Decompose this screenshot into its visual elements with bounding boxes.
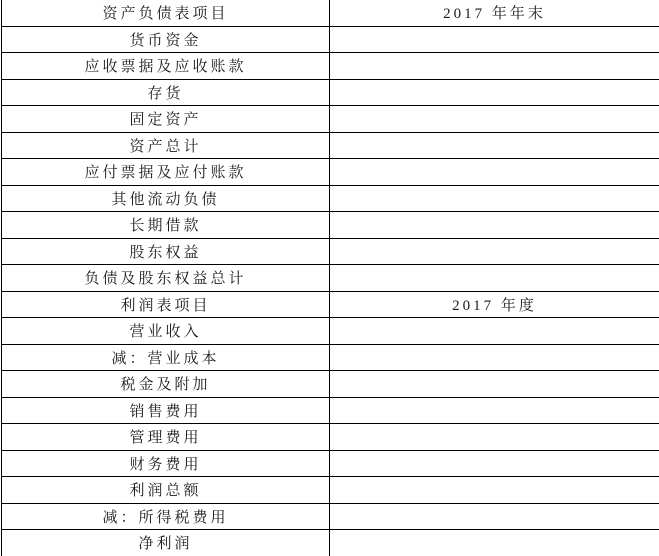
- table-row: 税金及附加: [2, 371, 659, 398]
- table-row: 减：营业成本: [2, 344, 659, 371]
- item-label-cell: 利润总额: [2, 477, 330, 504]
- item-label-cell: 财务费用: [2, 450, 330, 477]
- item-label-cell: 应收票据及应收账款: [2, 53, 330, 80]
- section-header-row-income-statement: 利润表项目 2017 年度: [2, 291, 659, 318]
- period-header-cell: 2017 年年末: [330, 0, 659, 26]
- item-label-cell: 净利润: [2, 530, 330, 556]
- table-row: 利润总额: [2, 477, 659, 504]
- table-row: 固定资产: [2, 106, 659, 133]
- item-label-cell: 税金及附加: [2, 371, 330, 398]
- table-row: 应收票据及应收账款: [2, 53, 659, 80]
- table-row: 股东权益: [2, 238, 659, 265]
- item-label-cell: 资产负债表项目: [2, 0, 330, 26]
- item-value-cell: [330, 265, 659, 292]
- table-row: 营业收入: [2, 318, 659, 345]
- period-header-cell: 2017 年度: [330, 291, 659, 318]
- item-label-cell: 营业收入: [2, 318, 330, 345]
- table-row: 应付票据及应付账款: [2, 159, 659, 186]
- table-row: 财务费用: [2, 450, 659, 477]
- table-row: 资产总计: [2, 132, 659, 159]
- item-value-cell: [330, 212, 659, 239]
- table-row: 管理费用: [2, 424, 659, 451]
- item-label-cell: 长期借款: [2, 212, 330, 239]
- section-header-row-balance-sheet: 资产负债表项目 2017 年年末: [2, 0, 659, 26]
- item-value-cell: [330, 106, 659, 133]
- table-row: 货币资金: [2, 26, 659, 53]
- table-row: 存货: [2, 79, 659, 106]
- item-value-cell: [330, 450, 659, 477]
- item-value-cell: [330, 26, 659, 53]
- item-value-cell: [330, 318, 659, 345]
- item-label-cell: 货币资金: [2, 26, 330, 53]
- item-value-cell: [330, 185, 659, 212]
- financial-statement-table: 资产负债表项目 2017 年年末 货币资金 应收票据及应收账款 存货 固定资产 …: [1, 0, 659, 556]
- item-value-cell: [330, 79, 659, 106]
- item-label-cell: 负债及股东权益总计: [2, 265, 330, 292]
- item-value-cell: [330, 238, 659, 265]
- item-label-cell: 固定资产: [2, 106, 330, 133]
- item-label-cell: 减：所得税费用: [2, 503, 330, 530]
- table-row: 长期借款: [2, 212, 659, 239]
- item-value-cell: [330, 424, 659, 451]
- item-label-cell: 管理费用: [2, 424, 330, 451]
- table-row: 其他流动负债: [2, 185, 659, 212]
- item-value-cell: [330, 132, 659, 159]
- item-label-cell: 销售费用: [2, 397, 330, 424]
- table-row: 销售费用: [2, 397, 659, 424]
- item-value-cell: [330, 159, 659, 186]
- item-label-cell: 减：营业成本: [2, 344, 330, 371]
- item-label-cell: 应付票据及应付账款: [2, 159, 330, 186]
- document-page: 资产负债表项目 2017 年年末 货币资金 应收票据及应收账款 存货 固定资产 …: [0, 0, 659, 556]
- item-label-cell: 存货: [2, 79, 330, 106]
- financial-table-body: 资产负债表项目 2017 年年末 货币资金 应收票据及应收账款 存货 固定资产 …: [2, 0, 659, 556]
- item-value-cell: [330, 344, 659, 371]
- item-value-cell: [330, 477, 659, 504]
- table-row: 净利润: [2, 530, 659, 556]
- item-label-cell: 其他流动负债: [2, 185, 330, 212]
- item-value-cell: [330, 530, 659, 556]
- item-value-cell: [330, 503, 659, 530]
- table-row: 减：所得税费用: [2, 503, 659, 530]
- item-value-cell: [330, 397, 659, 424]
- item-label-cell: 利润表项目: [2, 291, 330, 318]
- item-label-cell: 资产总计: [2, 132, 330, 159]
- item-value-cell: [330, 53, 659, 80]
- table-row: 负债及股东权益总计: [2, 265, 659, 292]
- item-value-cell: [330, 371, 659, 398]
- item-label-cell: 股东权益: [2, 238, 330, 265]
